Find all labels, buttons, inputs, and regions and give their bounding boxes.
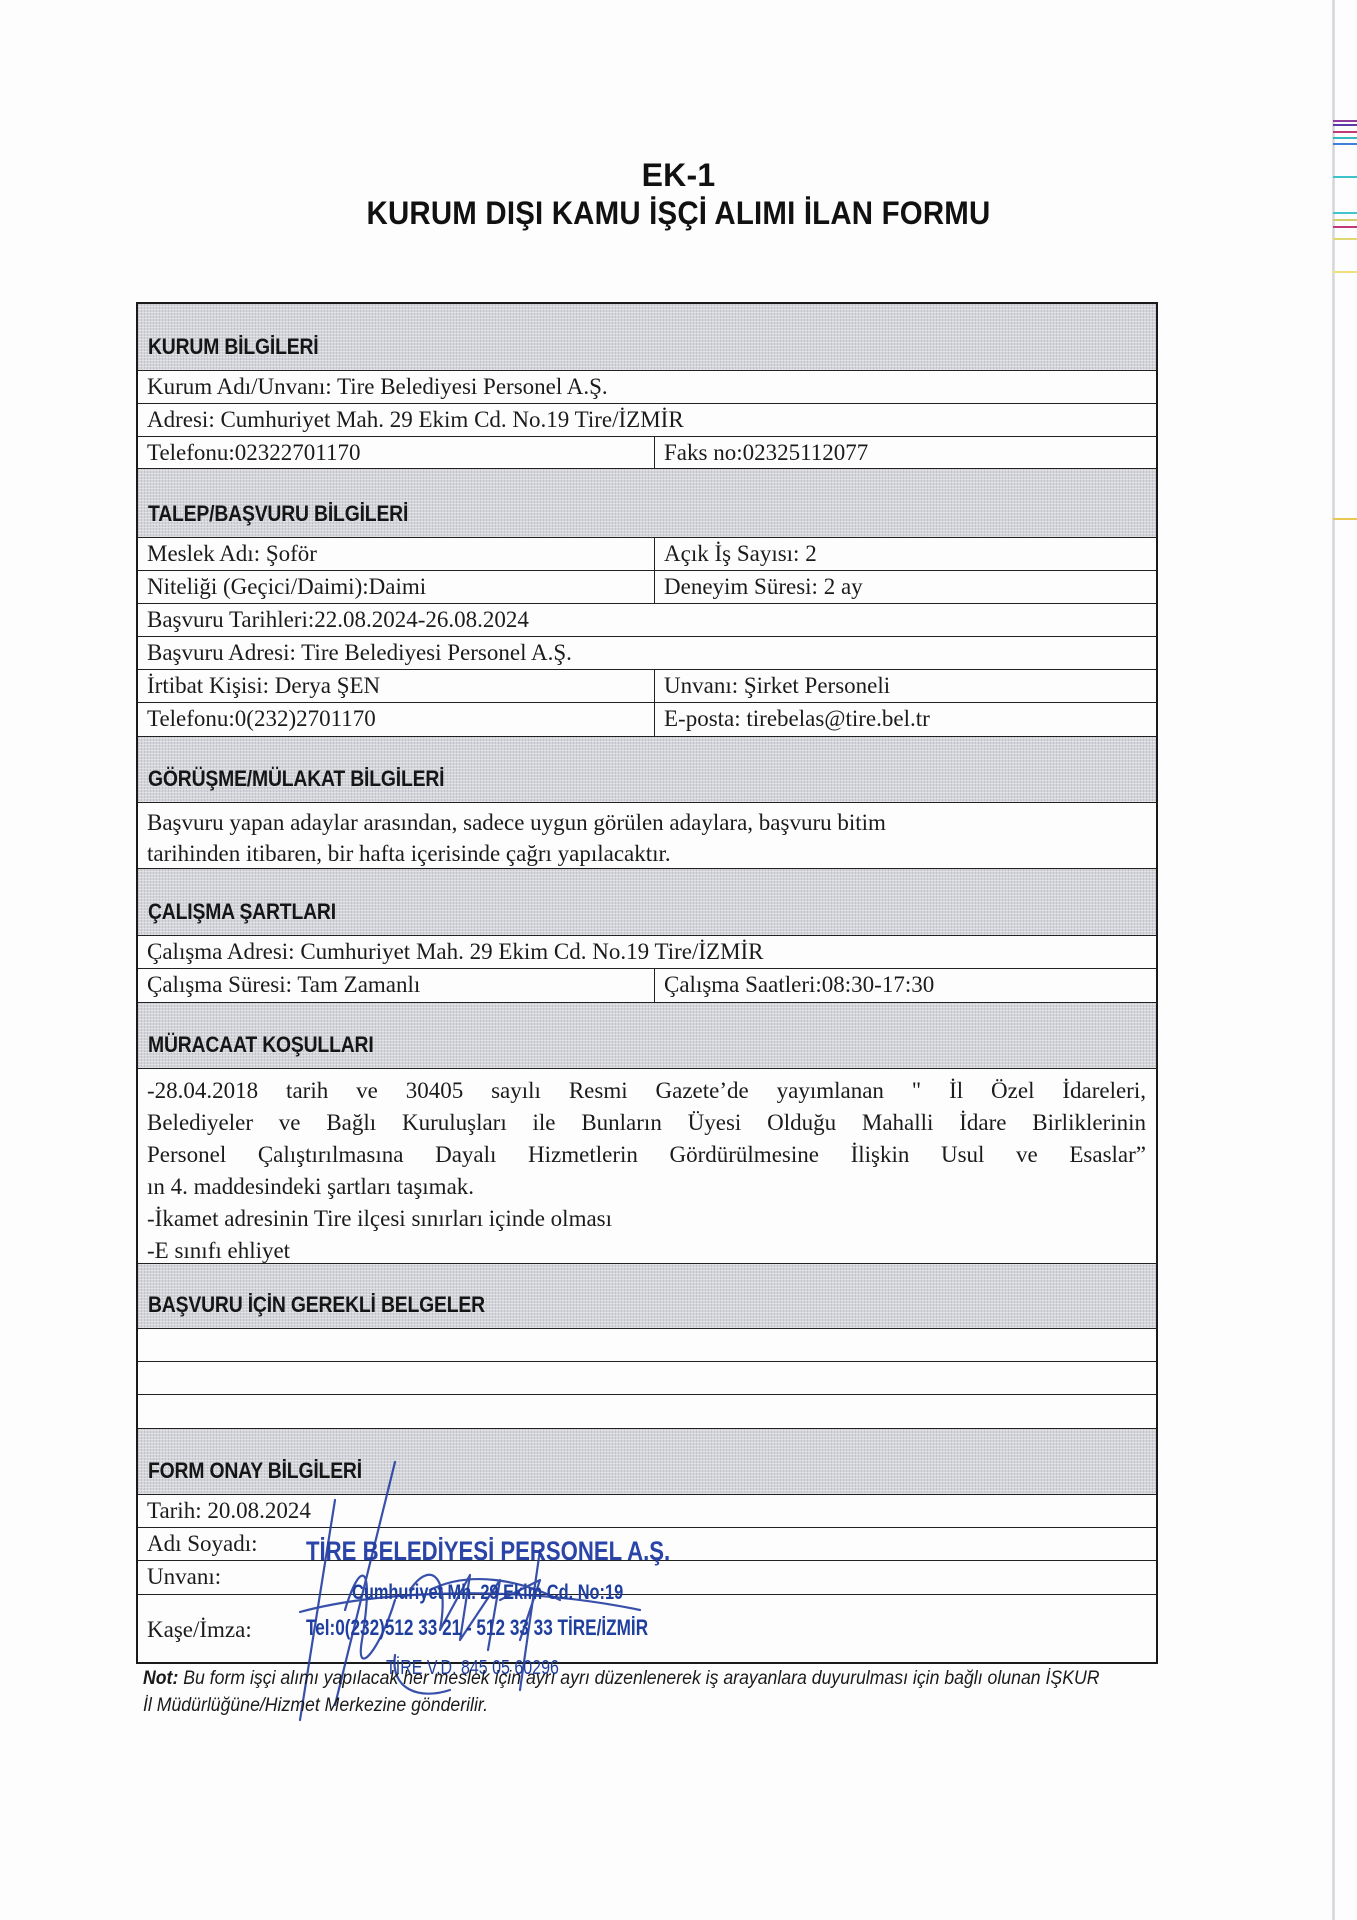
stamp-company-name: TİRE BELEDİYESİ PERSONEL A.Ş. — [306, 1536, 670, 1567]
row-meslek: Meslek Adı: Şoför Açık İş Sayısı: 2 — [138, 537, 1156, 570]
scan-mark — [1333, 124, 1357, 126]
adres-field: Adresi: Cumhuriyet Mah. 29 Ekim Cd. No.1… — [138, 404, 1156, 436]
section-header-kurum: KURUM BİLGİLERİ — [138, 304, 1156, 370]
row-basvuru-tarihleri: Başvuru Tarihleri:22.08.2024-26.08.2024 — [138, 603, 1156, 636]
row-irtibat: İrtibat Kişisi: Derya ŞEN Unvanı: Şirket… — [138, 669, 1156, 702]
scan-edge — [1332, 0, 1335, 1920]
eposta-field: E-posta: tirebelas@tire.bel.tr — [654, 703, 1156, 736]
scan-mark — [1333, 238, 1357, 240]
irtibat-telefon-field: Telefonu:0(232)2701170 — [138, 703, 376, 736]
footnote: Not: Bu form işçi alımı yapılacak her me… — [143, 1665, 1101, 1719]
section-header-muracaat: MÜRACAAT KOŞULLARI — [138, 1002, 1156, 1068]
row-kurum-adi: Kurum Adı/Unvanı: Tire Belediyesi Person… — [138, 370, 1156, 403]
section-title: ÇALIŞMA ŞARTLARI — [148, 899, 336, 925]
scan-mark — [1333, 226, 1357, 228]
meslek-adi-field: Meslek Adı: Şoför — [138, 538, 317, 570]
row-muracaat-kosullari: -28.04.2018 tarih ve 30405 sayılı Resmi … — [138, 1068, 1156, 1263]
note-text: Bu form işçi alımı yapılacak her meslek … — [143, 1668, 1100, 1716]
calisma-saatleri-field: Çalışma Saatleri:08:30-17:30 — [654, 969, 1156, 1002]
belge-field — [138, 1395, 1156, 1428]
section-title: TALEP/BAŞVURU BİLGİLERİ — [148, 501, 408, 527]
niteligi-field: Niteliği (Geçici/Daimi):Daimi — [138, 571, 426, 603]
belge-row-1 — [138, 1328, 1156, 1361]
deneyim-suresi-field: Deneyim Süresi: 2 ay — [654, 571, 1156, 603]
section-header-calisma: ÇALIŞMA ŞARTLARI — [138, 868, 1156, 935]
scan-mark — [1333, 212, 1357, 214]
telefon-field: Telefonu:02322701170 — [138, 437, 360, 468]
section-title: BAŞVURU İÇİN GEREKLİ BELGELER — [148, 1292, 485, 1318]
row-iletisim: Telefonu:0(232)2701170 E-posta: tirebela… — [138, 702, 1156, 736]
faks-field: Faks no:02325112077 — [654, 437, 1156, 468]
section-header-onay: FORM ONAY BİLGİLERİ — [138, 1428, 1156, 1494]
annex-label: EK-1 — [0, 157, 1357, 194]
row-nitelik: Niteliği (Geçici/Daimi):Daimi Deneyim Sü… — [138, 570, 1156, 603]
belge-field — [138, 1329, 1156, 1361]
scan-mark — [1333, 219, 1357, 221]
scan-mark — [1333, 143, 1357, 145]
scan-mark — [1333, 137, 1357, 139]
basvuru-tarihleri-field: Başvuru Tarihleri:22.08.2024-26.08.2024 — [138, 604, 1156, 636]
scan-mark — [1333, 131, 1357, 133]
announcement-form: KURUM BİLGİLERİ Kurum Adı/Unvanı: Tire B… — [136, 302, 1158, 1664]
irtibat-kisisi-field: İrtibat Kişisi: Derya ŞEN — [138, 670, 380, 702]
calisma-adresi-field: Çalışma Adresi: Cumhuriyet Mah. 29 Ekim … — [138, 936, 1156, 968]
section-title: KURUM BİLGİLERİ — [148, 334, 319, 360]
section-title: MÜRACAAT KOŞULLARI — [148, 1032, 374, 1058]
belge-row-2 — [138, 1361, 1156, 1394]
gorusme-text: Başvuru yapan adaylar arasından, sadece … — [147, 807, 1146, 869]
tarih-field: Tarih: 20.08.2024 — [138, 1495, 1156, 1527]
section-header-belgeler: BAŞVURU İÇİN GEREKLİ BELGELER — [138, 1263, 1156, 1328]
row-gorusme-aciklama: Başvuru yapan adaylar arasından, sadece … — [138, 802, 1156, 868]
muracaat-text: -28.04.2018 tarih ve 30405 sayılı Resmi … — [147, 1075, 1146, 1267]
section-title: FORM ONAY BİLGİLERİ — [148, 1458, 362, 1484]
stamp-phone: Tel:0(232)512 33 21 - 512 33 33 TİRE/İZM… — [306, 1615, 648, 1641]
belge-row-3 — [138, 1394, 1156, 1428]
basvuru-adresi-field: Başvuru Adresi: Tire Belediyesi Personel… — [138, 637, 1156, 669]
acik-is-sayisi-field: Açık İş Sayısı: 2 — [654, 538, 1156, 570]
section-title: GÖRÜŞME/MÜLAKAT BİLGİLERİ — [148, 766, 444, 792]
stamp-address: Cumhuriyet Mh. 29 Ekim Cd. No:19 — [352, 1581, 623, 1605]
section-header-gorusme: GÖRÜŞME/MÜLAKAT BİLGİLERİ — [138, 736, 1156, 802]
scan-mark — [1333, 271, 1357, 273]
row-basvuru-adresi: Başvuru Adresi: Tire Belediyesi Personel… — [138, 636, 1156, 669]
scan-mark — [1333, 176, 1357, 178]
unvani-field: Unvanı: Şirket Personeli — [654, 670, 1156, 702]
row-calisma-suresi: Çalışma Süresi: Tam Zamanlı Çalışma Saat… — [138, 968, 1156, 1002]
section-header-talep: TALEP/BAŞVURU BİLGİLERİ — [138, 468, 1156, 537]
row-adres: Adresi: Cumhuriyet Mah. 29 Ekim Cd. No.1… — [138, 403, 1156, 436]
kurum-adi-field: Kurum Adı/Unvanı: Tire Belediyesi Person… — [138, 371, 1156, 403]
belge-field — [138, 1362, 1156, 1394]
note-label: Not: — [143, 1668, 178, 1689]
row-telefon-faks: Telefonu:02322701170 Faks no:02325112077 — [138, 436, 1156, 468]
row-tarih: Tarih: 20.08.2024 — [138, 1494, 1156, 1527]
scan-mark — [1333, 518, 1357, 520]
calisma-suresi-field: Çalışma Süresi: Tam Zamanlı — [138, 969, 420, 1002]
scan-mark — [1333, 120, 1357, 122]
row-calisma-adresi: Çalışma Adresi: Cumhuriyet Mah. 29 Ekim … — [138, 935, 1156, 968]
document-title: KURUM DIŞI KAMU İŞÇİ ALIMI İLAN FORMU — [54, 195, 1302, 232]
